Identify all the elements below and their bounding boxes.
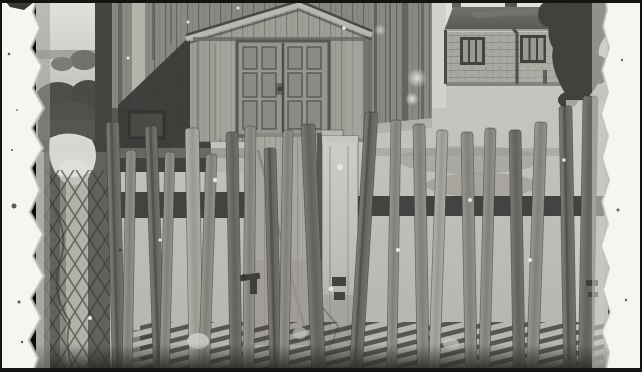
film-grain — [36, 2, 608, 370]
photograph — [0, 0, 642, 372]
torn-white-border-left — [2, 2, 44, 370]
screenshot-root — [0, 0, 642, 372]
photo-content — [35, 0, 608, 372]
